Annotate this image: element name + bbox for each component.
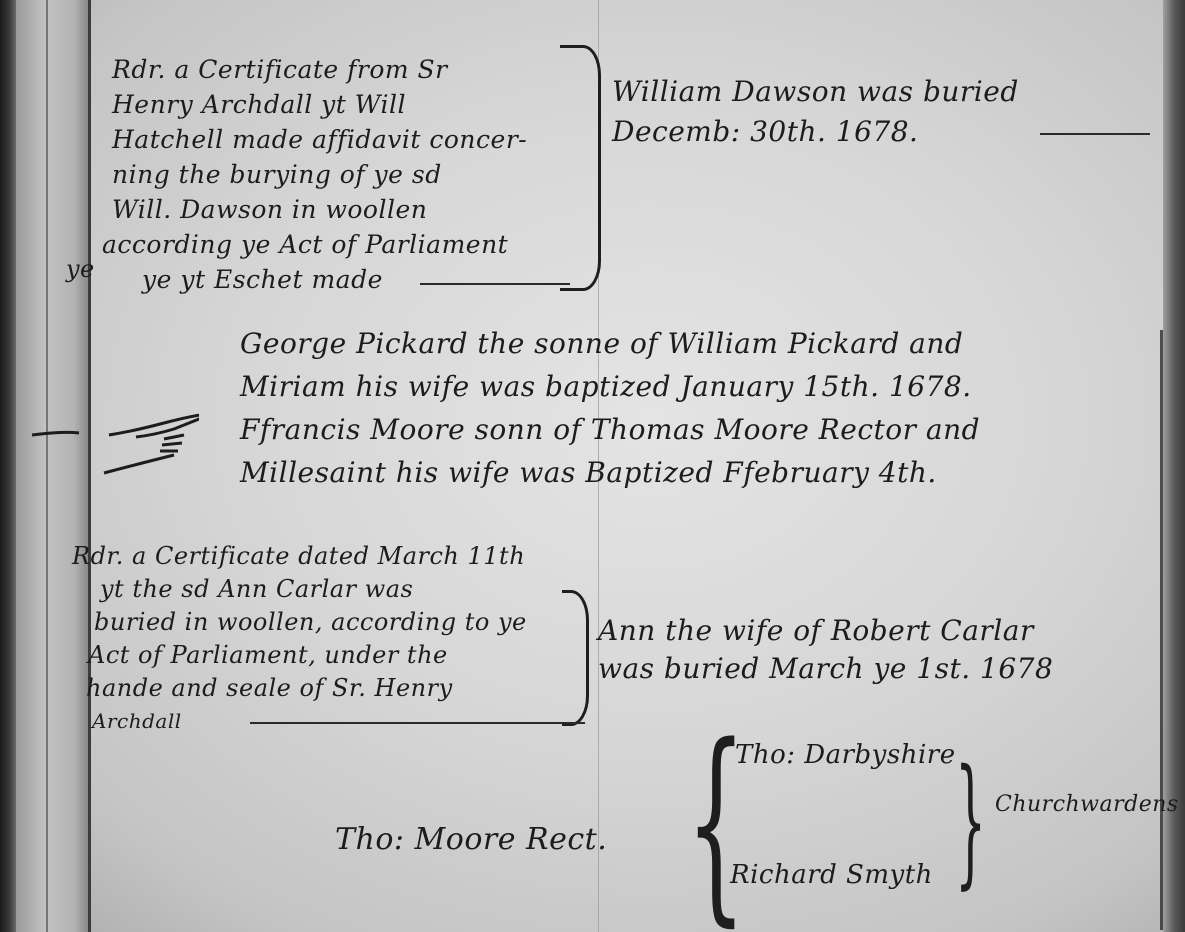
rule-under-dawson-note [420, 283, 570, 285]
entry-line: Miriam his wife was baptized January 15t… [240, 365, 972, 408]
note-line: Rdr. a Certificate dated March 11th [72, 540, 527, 573]
manicule-icon [24, 405, 199, 475]
document-scan: ye Rdr. a Certificate from Sr Henry Arch… [0, 0, 1185, 932]
entry-line: was buried March ye 1st. 1678 [598, 650, 1053, 688]
entry-line: Ann the wife of Robert Carlar [598, 612, 1053, 650]
entry-line: William Dawson was buried [612, 72, 1019, 112]
note-line: buried in woollen, according to ye [94, 606, 527, 639]
rule-under-carlar-note [250, 722, 585, 724]
certificate-note-carlar: Rdr. a Certificate dated March 11th yt t… [72, 540, 527, 738]
baptism-entry-pickard: George Pickard the sonne of William Pick… [240, 322, 972, 408]
entry-line: Decemb: 30th. 1678. [612, 112, 1019, 152]
note-line: hande and seale of Sr. Henry [86, 672, 527, 705]
note-line: Hatchell made affidavit concer- [112, 122, 527, 157]
entry-line: Millesaint his wife was Baptized Ffebrua… [240, 451, 980, 494]
bracket-dawson [560, 45, 601, 291]
note-line: Act of Parliament, under the [88, 639, 527, 672]
churchwarden-signature-1: Tho: Darbyshire [735, 740, 956, 770]
note-line: Henry Archdall yt Will [112, 87, 527, 122]
marginal-glyph: ye [66, 255, 95, 283]
churchwardens-label: Churchwardens [995, 792, 1179, 817]
note-line: Rdr. a Certificate from Sr [112, 52, 527, 87]
baptism-entry-moore: Ffrancis Moore sonn of Thomas Moore Rect… [240, 408, 980, 494]
rule-dawson [1040, 133, 1150, 135]
book-binding [0, 0, 16, 932]
note-line: Will. Dawson in woollen [112, 192, 527, 227]
burial-entry-carlar: Ann the wife of Robert Carlar was buried… [598, 612, 1053, 688]
note-line: yt the sd Ann Carlar was [100, 573, 527, 606]
burial-entry-dawson: William Dawson was buried Decemb: 30th. … [612, 72, 1019, 152]
note-line: ye yt Eschet made [142, 262, 527, 297]
bracket-carlar [562, 590, 589, 726]
page-fold-line [1160, 330, 1163, 930]
note-line: ning the burying of ye sd [112, 157, 527, 192]
entry-line: Ffrancis Moore sonn of Thomas Moore Rect… [240, 408, 980, 451]
rector-signature: Tho: Moore Rect. [335, 822, 607, 857]
note-line: according ye Act of Parliament [102, 227, 527, 262]
certificate-note-dawson: Rdr. a Certificate from Sr Henry Archdal… [112, 52, 527, 297]
churchwardens-brace: } [955, 752, 986, 892]
churchwarden-signature-2: Richard Smyth [730, 860, 933, 890]
entry-line: George Pickard the sonne of William Pick… [240, 322, 972, 365]
